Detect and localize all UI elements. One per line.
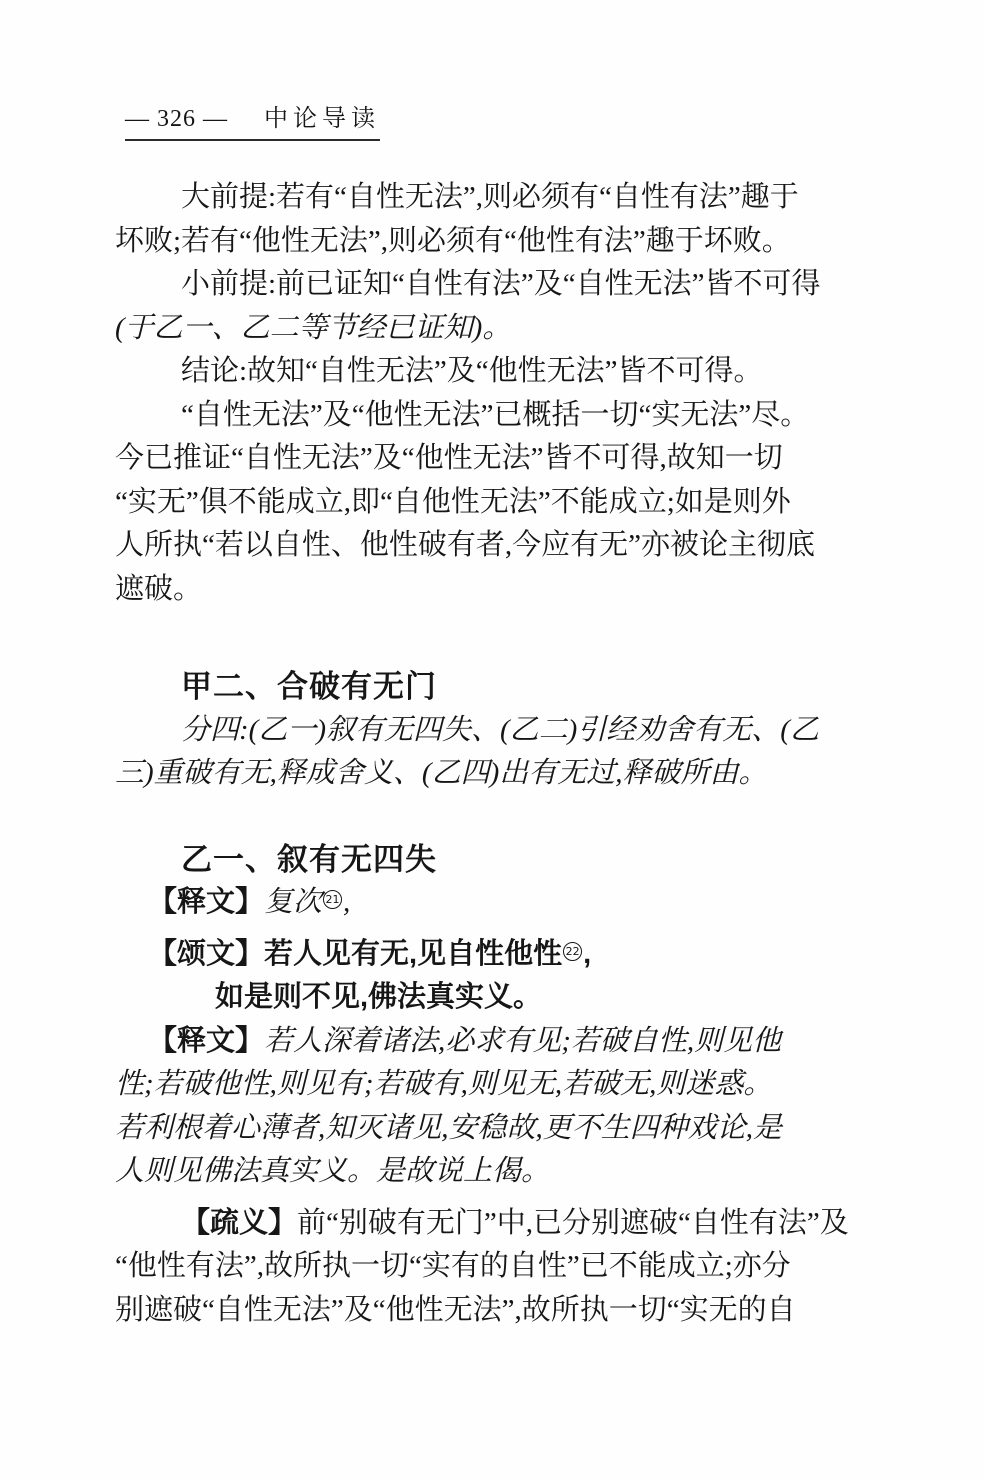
- shuyi-line-1: 【疏义】前“别破有无门”中,已分别遮破“自性有法”及: [115, 1202, 877, 1246]
- section-heading-jia2: 甲二、合破有无门: [115, 665, 877, 709]
- summary-line-2: 今已推证“自性无法”及“他性无法”皆不可得,故知一切: [115, 437, 877, 481]
- shiwen-label: 【释文】: [148, 1025, 264, 1057]
- conclusion-line: 结论:故知“自性无法”及“他性无法”皆不可得。: [115, 350, 877, 394]
- summary-line-5: 遮破。: [115, 568, 877, 612]
- major-premise-line-2: 坏败;若有“他性无法”,则必须有“他性有法”趣于坏败。: [115, 220, 877, 264]
- shiwen1-text: 复次: [264, 886, 322, 918]
- songwen-line-1: 【颂文】若人见有无,见自性他性22,: [115, 933, 877, 977]
- page-number-marker: — 326 —: [125, 106, 228, 132]
- summary-line-1: “自性无法”及“他性无法”已概括一切“实无法”尽。: [115, 394, 877, 438]
- page-body: 大前提:若有“自性无法”,则必须有“自性有法”趣于 坏败;若有“他性无法”,则必…: [115, 176, 877, 1332]
- page-header: — 326 —中论导读: [125, 104, 380, 141]
- summary-line-3: “实无”俱不能成立,即“自他性无法”不能成立;如是则外: [115, 481, 877, 525]
- book-title: 中论导读: [264, 106, 380, 132]
- division-line-2: 三)重破有无,释成舍义、(乙四)出有无过,释破所由。: [115, 752, 877, 796]
- shuyi-line-1-text: 前“别破有无门”中,已分别遮破“自性有法”及: [297, 1207, 849, 1239]
- book-page: — 326 —中论导读 大前提:若有“自性无法”,则必须有“自性有法”趣于 坏败…: [0, 0, 983, 1479]
- songwen-line-1-text: 若人见有无,见自性他性: [264, 938, 562, 970]
- major-premise-line-1: 大前提:若有“自性无法”,则必须有“自性有法”趣于: [115, 176, 877, 220]
- shiwen1-tail: ,: [343, 886, 350, 918]
- shiwen2-line-3: 若利根着心薄者,知灭诸见,安稳故,更不生四种戏论,是: [115, 1107, 877, 1151]
- songwen-label: 【颂文】: [148, 938, 264, 970]
- songwen-line-2: 如是则不见,佛法真实义。: [115, 976, 877, 1020]
- footnote-ref-22: 22: [563, 942, 582, 961]
- footnote-ref-21: 21: [323, 890, 342, 909]
- shiwen-label: 【释文】: [148, 886, 264, 918]
- shiwen1-line: 【释文】复次21,: [115, 881, 877, 925]
- shuyi-label: 【疏义】: [181, 1207, 297, 1239]
- division-line-1: 分四:(乙一)叙有无四失、(乙二)引经劝舍有无、(乙: [115, 709, 877, 753]
- section-heading-yi1: 乙一、叙有无四失: [115, 838, 877, 882]
- shiwen2-line-2: 性;若破他性,则见有;若破有,则见无,若破无,则迷惑。: [115, 1063, 877, 1107]
- summary-line-4: 人所执“若以自性、他性破有者,今应有无”亦被论主彻底: [115, 524, 877, 568]
- shiwen2-line-1-text: 若人深着诸法,必求有见;若破自性,则见他: [264, 1025, 781, 1057]
- shuyi-line-2: “他性有法”,故所执一切“实有的自性”已不能成立;亦分: [115, 1245, 877, 1289]
- shiwen2-line-4: 人则见佛法真实义。是故说上偈。: [115, 1150, 877, 1194]
- songwen-line-1-tail: ,: [583, 938, 591, 970]
- minor-premise-line-1: 小前提:前已证知“自性有法”及“自性无法”皆不可得: [115, 263, 877, 307]
- minor-premise-note-line: (于乙一、乙二等节经已证知)。: [115, 307, 877, 351]
- shuyi-line-3: 别遮破“自性无法”及“他性无法”,故所执一切“实无的自: [115, 1289, 877, 1333]
- shiwen2-line-1: 【释文】若人深着诸法,必求有见;若破自性,则见他: [115, 1020, 877, 1064]
